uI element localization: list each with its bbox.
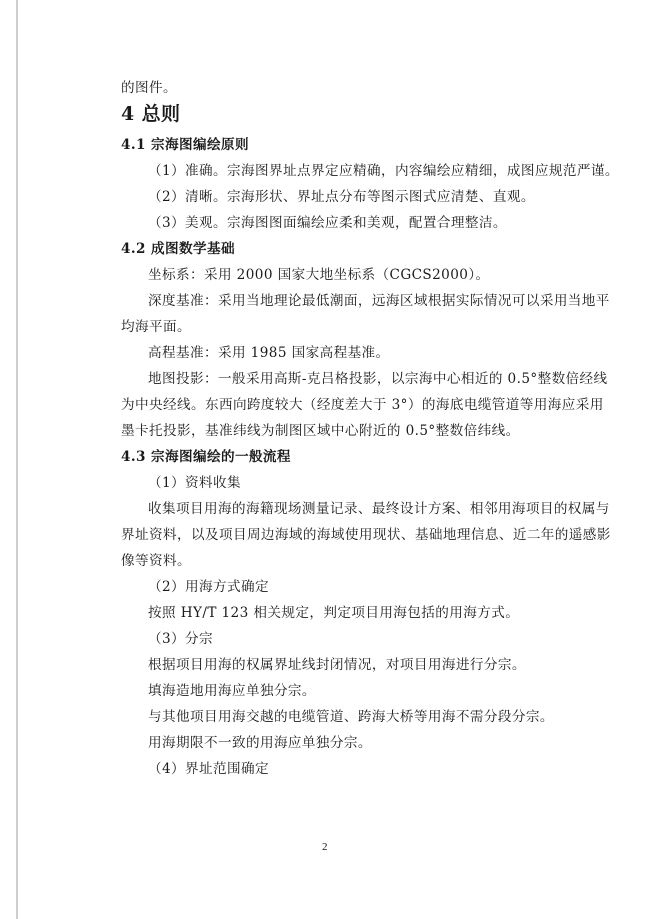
depth-datum-line2: 均海平面。 bbox=[121, 319, 191, 335]
section-heading-4-3: 4.3 宗海图编绘的一般流程 bbox=[121, 449, 291, 465]
chapter-heading: 4 总则 bbox=[121, 103, 180, 125]
height-datum: 高程基准：采用 1985 国家高程基准。 bbox=[148, 345, 390, 361]
principle-accuracy: （1）准确。宗海图界址点界定应精确，内容编绘应精细，成图应规范严谨。 bbox=[148, 163, 619, 179]
step-3-body-line3: 与其他项目用海交越的电缆管道、跨海大桥等用海不需分段分宗。 bbox=[148, 709, 554, 725]
projection-line3: 墨卡托投影，基准纬线为制图区域中心附近的 0.5°整数倍纬线。 bbox=[121, 423, 520, 439]
step-3-body-line1: 根据项目用海的权属界址线封闭情况，对项目用海进行分宗。 bbox=[148, 657, 526, 673]
step-3-body-line4: 用海期限不一致的用海应单独分宗。 bbox=[148, 735, 372, 751]
depth-datum-line1: 深度基准：采用当地理论最低潮面，远海区域根据实际情况可以采用当地平 bbox=[148, 293, 610, 309]
page-number: 2 bbox=[322, 841, 328, 853]
step-4-heading: （4）界址范围确定 bbox=[148, 761, 269, 777]
step-1-body-line1: 收集项目用海的海籍现场测量记录、最终设计方案、相邻用海项目的权属与 bbox=[148, 501, 610, 517]
principle-clarity: （2）清晰。宗海形状、界址点分布等图示图式应清楚、直观。 bbox=[148, 189, 535, 205]
step-3-heading: （3）分宗 bbox=[148, 631, 213, 647]
section-heading-4-1: 4.1 宗海图编绘原则 bbox=[121, 137, 249, 153]
projection-line1: 地图投影：一般采用高斯-克吕格投影，以宗海中心相近的 0.5°整数倍经线 bbox=[148, 371, 608, 387]
step-1-body-line3: 像等资料。 bbox=[121, 553, 191, 569]
step-2-body: 按照 HY/T 123 相关规定，判定项目用海包括的用海方式。 bbox=[148, 605, 519, 621]
step-3-body-line2: 填海造地用海应单独分宗。 bbox=[148, 683, 316, 699]
step-1-body-line2: 界址资料，以及项目周边海域的海域使用现状、基础地理信息、近二年的遥感影 bbox=[121, 527, 611, 543]
paragraph-continuation: 的图件。 bbox=[121, 80, 177, 96]
step-2-heading: （2）用海方式确定 bbox=[148, 579, 269, 595]
principle-aesthetics: （3）美观。宗海图图面编绘应柔和美观，配置合理整洁。 bbox=[148, 215, 507, 231]
projection-line2: 为中央经线。东西向跨度较大（经度差大于 3°）的海底电缆管道等用海应采用 bbox=[121, 397, 604, 413]
section-heading-4-2: 4.2 成图数学基础 bbox=[121, 241, 235, 257]
step-1-heading: （1）资料收集 bbox=[148, 475, 241, 491]
coordinate-system: 坐标系：采用 2000 国家大地坐标系（CGCS2000）。 bbox=[148, 267, 490, 283]
scan-edge-line bbox=[16, 0, 18, 919]
